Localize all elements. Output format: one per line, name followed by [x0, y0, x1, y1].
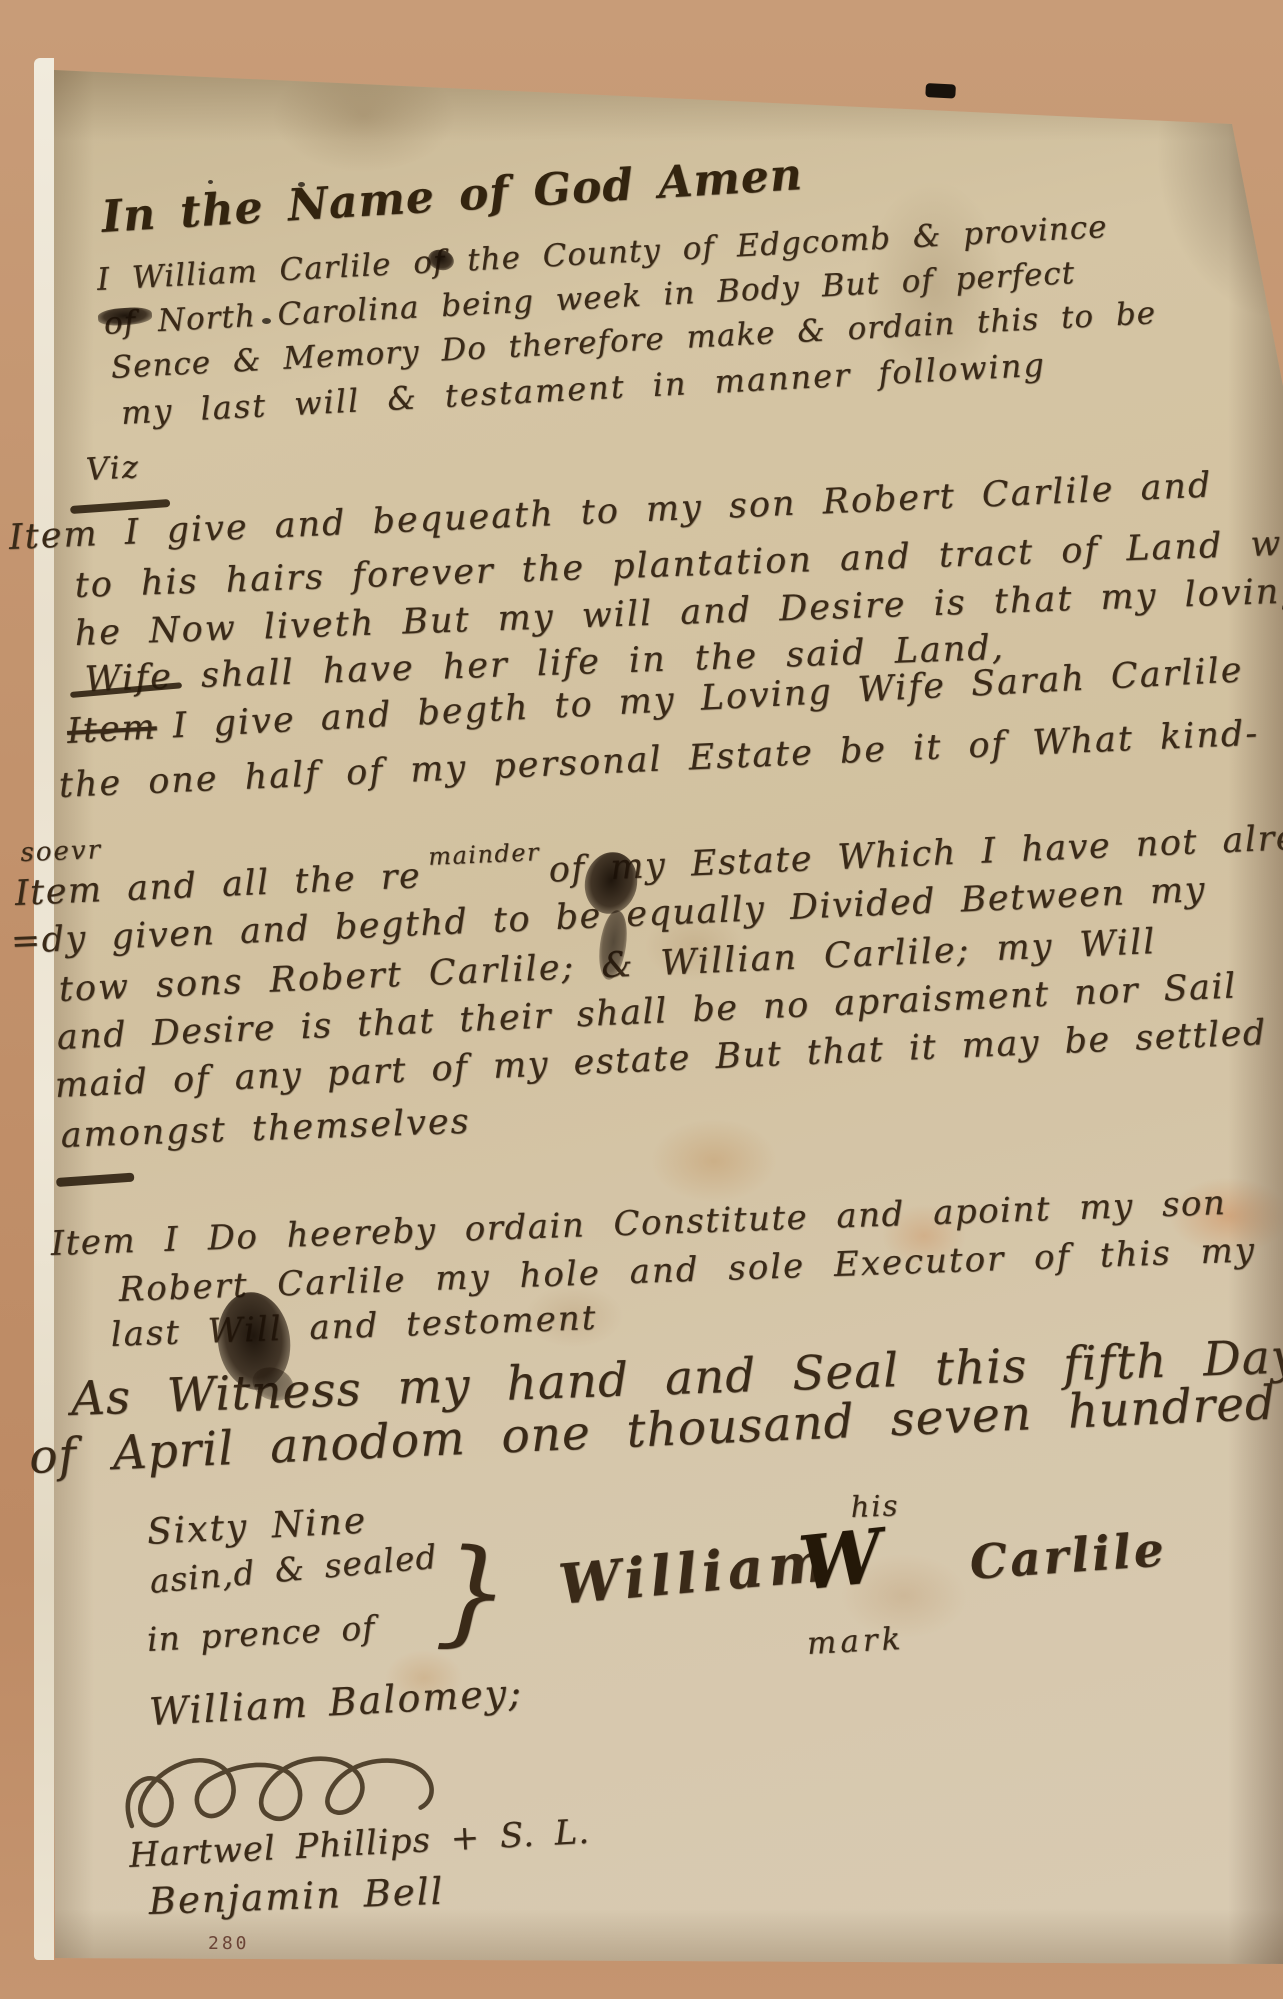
ink-speck	[208, 180, 213, 184]
ink-speck	[262, 318, 271, 324]
testator-mark: W	[795, 1513, 887, 1607]
bequest-wife-line: soevr	[20, 835, 102, 868]
page-number-stamp: 280	[208, 1933, 250, 1954]
will-photograph: In the Name of God Amen I William Carlil…	[0, 0, 1283, 1999]
preamble-viz: Viz	[85, 449, 141, 488]
ink-speck	[298, 182, 305, 187]
ink-dash-mark	[925, 83, 956, 99]
his-mark-label-bottom: mark	[806, 1621, 905, 1662]
struck-item-word: Item	[66, 707, 158, 752]
closing-brace: }	[434, 1528, 512, 1657]
remainder-insertion: mainder	[428, 838, 541, 871]
left-page-edge-strip	[34, 58, 54, 1960]
